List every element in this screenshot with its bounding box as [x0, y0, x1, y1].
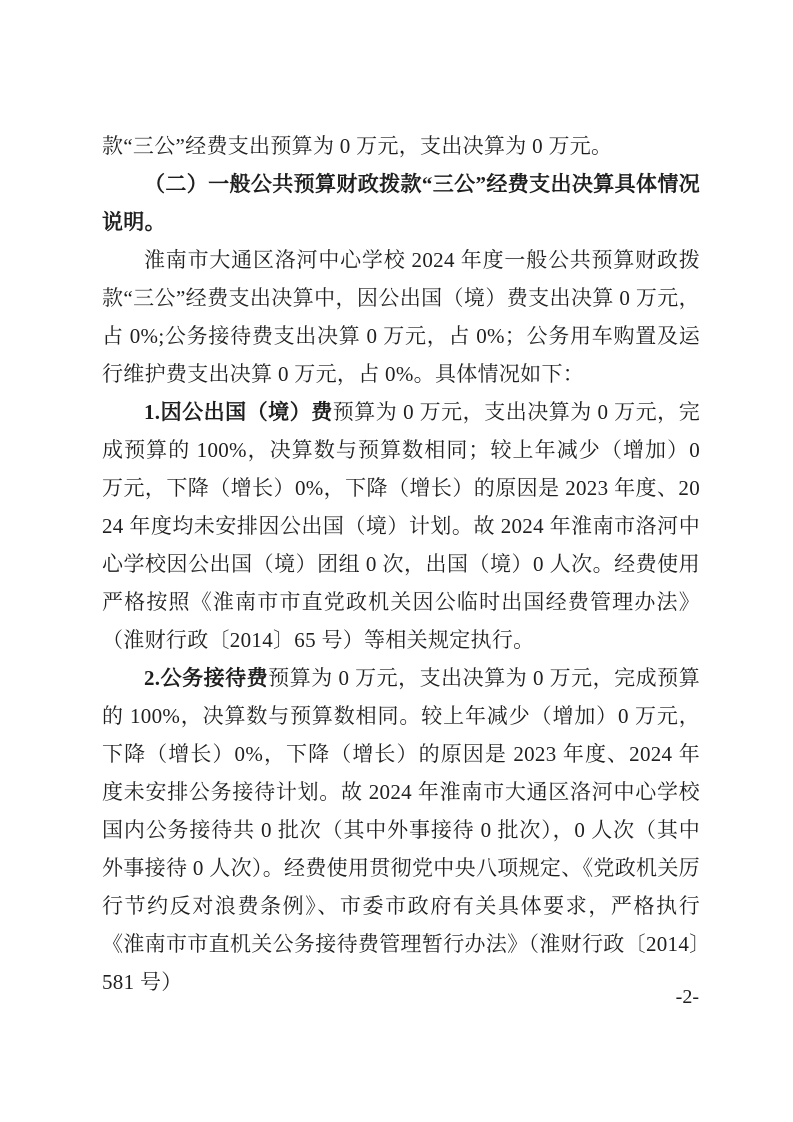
- page-number: -2-: [676, 985, 699, 1009]
- document-body: 款“三公”经费支出预算为 0 万元，支出决算为 0 万元。（二）一般公共预算财政…: [102, 127, 700, 1001]
- paragraph-3: 淮南市大通区洛河中心学校 2024 年度一般公共预算财政拨款“三公”经费支出决算…: [102, 241, 700, 393]
- paragraph-1: 款“三公”经费支出预算为 0 万元，支出决算为 0 万元。: [102, 127, 700, 165]
- paragraph-lead-bold: 1.因公出国（境）费: [144, 400, 333, 424]
- paragraph-4: 1.因公出国（境）费预算为 0 万元，支出决算为 0 万元，完成预算的 100%…: [102, 393, 700, 659]
- document-page: 款“三公”经费支出预算为 0 万元，支出决算为 0 万元。（二）一般公共预算财政…: [0, 0, 793, 1122]
- paragraph-5: 2.公务接待费预算为 0 万元，支出决算为 0 万元，完成预算的 100%，决算…: [102, 659, 700, 1001]
- section-heading: （二）一般公共预算财政拨款“三公”经费支出决算具体情况说明。: [102, 165, 700, 241]
- paragraph-lead-bold: 2.公务接待费: [144, 666, 268, 690]
